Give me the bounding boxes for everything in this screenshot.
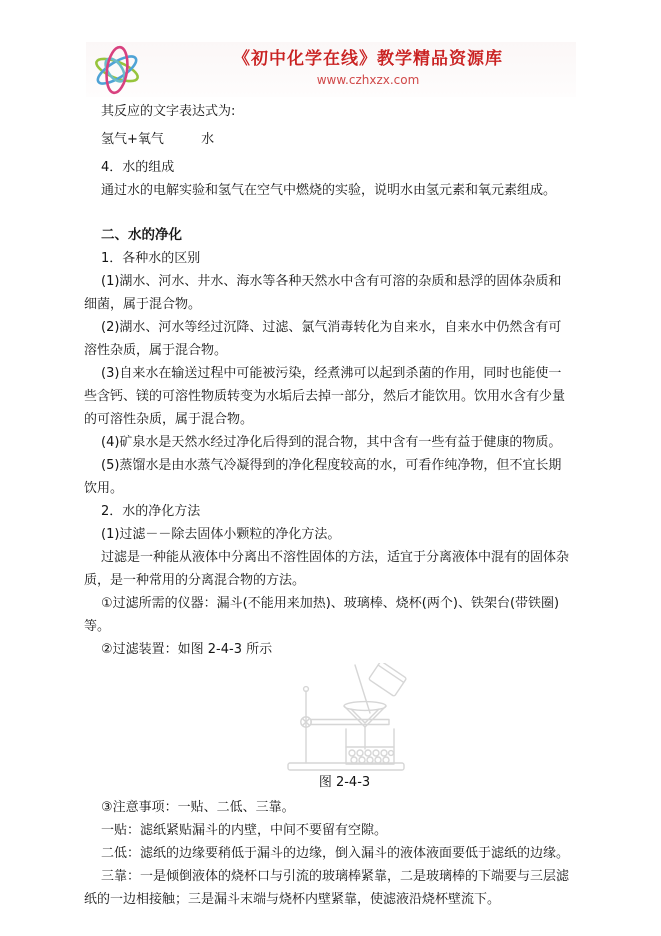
paragraph: 4．水的组成 xyxy=(84,156,573,179)
paragraph: 通过水的电解实验和氢气在空气中燃烧的实验，说明水由氢元素和氧元素组成。 xyxy=(84,179,573,202)
paragraph: (3)自来水在输送过程中可能被污染，经煮沸可以起到杀菌的作用，同时也能使一些含钙… xyxy=(84,362,573,431)
paragraph: (5)蒸馏水是由水蒸气冷凝得到的净化程度较高的水，可看作纯净物，但不宜长期饮用。 xyxy=(84,454,573,500)
logo xyxy=(86,42,160,97)
paragraph: 一贴：滤纸紧贴漏斗的内壁，中间不要留有空隙。 xyxy=(84,819,573,842)
paragraph: (2)湖水、河水等经过沉降、过滤、氯气消毒转化为自来水，自来水中仍然含有可溶性杂… xyxy=(84,316,573,362)
paragraph: 过滤是一种能从液体中分离出不溶性固体的方法，适宜于分离液体中混有的固体杂质，是一… xyxy=(84,546,573,592)
paragraph: 二低：滤纸的边缘要稍低于漏斗的边缘，倒入漏斗的液体液面要低于滤纸的边缘。 xyxy=(84,842,573,865)
site-url[interactable]: www.czhxzx.com xyxy=(160,73,576,87)
paragraph: 2．水的净化方法 xyxy=(84,500,573,523)
filtration-apparatus-icon xyxy=(270,663,420,773)
paragraph: ①过滤所需的仪器：漏斗(不能用来加热)、玻璃棒、烧杯(两个)、铁架台(带铁圈)等… xyxy=(84,592,573,638)
paragraph: (1)过滤－－除去固体小颗粒的净化方法。 xyxy=(84,523,573,546)
page-header: 《初中化学在线》教学精品资源库 www.czhxzx.com xyxy=(86,42,576,97)
paragraph: (1)湖水、河水、井水、海水等各种天然水中含有可溶的杂质和悬浮的固体杂质和细菌，… xyxy=(84,270,573,316)
figure-caption: 图 2-4-3 xyxy=(100,773,589,793)
paragraph: (4)矿泉水是天然水经过净化后得到的混合物，其中含有一些有益于健康的物质。 xyxy=(84,431,573,454)
section-heading: 二、水的净化 xyxy=(84,224,573,247)
paragraphs-before-figure: 其反应的文字表达式为:氢气+氧气 水4．水的组成通过水的电解实验和氢气在空气中燃… xyxy=(84,100,573,661)
paragraph: 三靠：一是倾倒液体的烧杯口与引流的玻璃棒紧靠，二是玻璃棒的下端要与三层滤纸的一边… xyxy=(84,865,573,911)
site-title: 《初中化学在线》教学精品资源库 xyxy=(160,49,576,69)
paragraph: 1．各种水的区别 xyxy=(84,247,573,270)
paragraph: ②过滤装置：如图 2-4-3 所示 xyxy=(84,638,573,661)
paragraph: 其反应的文字表达式为: xyxy=(84,100,573,123)
paragraphs-after-figure: ③注意事项：一贴、二低、三靠。一贴：滤纸紧贴漏斗的内壁，中间不要留有空隙。二低：… xyxy=(84,796,573,911)
paragraph: ③注意事项：一贴、二低、三靠。 xyxy=(84,796,573,819)
figure-2-4-3: 图 2-4-3 xyxy=(100,663,589,793)
atom-orbits-icon xyxy=(86,43,148,97)
paragraph: 氢气+氧气 水 xyxy=(84,128,573,151)
header-text: 《初中化学在线》教学精品资源库 www.czhxzx.com xyxy=(160,42,576,87)
document-body: 其反应的文字表达式为:氢气+氧气 水4．水的组成通过水的电解实验和氢气在空气中燃… xyxy=(0,97,661,911)
